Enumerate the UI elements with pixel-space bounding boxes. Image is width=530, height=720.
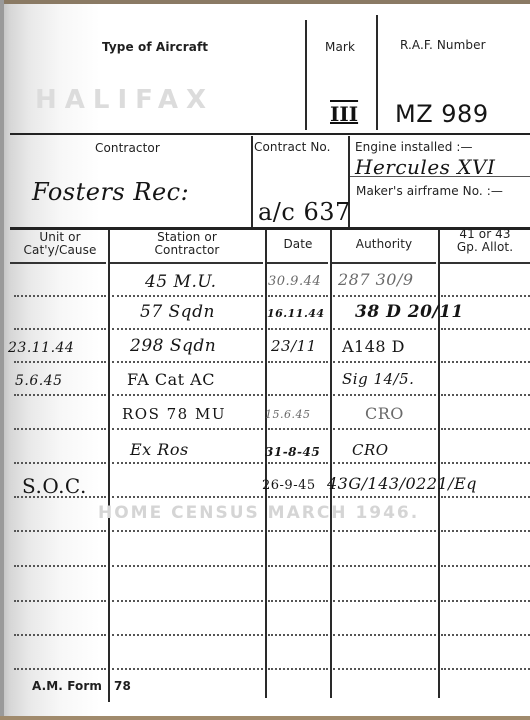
makers-airframe-label: Maker's airframe No. :— bbox=[356, 184, 503, 198]
dotted-rule bbox=[268, 530, 328, 532]
dotted-rule bbox=[441, 462, 530, 464]
dotted-rule bbox=[441, 428, 530, 430]
col-divider bbox=[438, 230, 440, 698]
dotted-rule bbox=[441, 565, 530, 567]
dotted-rule bbox=[268, 428, 328, 430]
engine-label: Engine installed :— bbox=[355, 140, 473, 154]
dotted-rule bbox=[14, 668, 106, 670]
type-of-aircraft-value: HALIFAX bbox=[35, 85, 214, 115]
cell-date: 15.6.45 bbox=[265, 408, 311, 421]
contract-no-value: a/c 637 bbox=[258, 198, 351, 226]
cell-station: 298 Sqdn bbox=[130, 336, 216, 356]
dotted-rule bbox=[333, 328, 436, 330]
bottom-border bbox=[0, 716, 530, 720]
dotted-rule bbox=[333, 600, 436, 602]
top-border bbox=[0, 0, 530, 4]
dotted-rule bbox=[14, 295, 106, 297]
dotted-rule bbox=[268, 394, 328, 396]
mark-value: III bbox=[330, 102, 358, 126]
cell-unit: S.O.C. bbox=[22, 474, 87, 498]
dotted-rule bbox=[333, 295, 436, 297]
dotted-rule bbox=[333, 565, 436, 567]
dotted-rule bbox=[112, 565, 263, 567]
cell-date: 31-8-45 bbox=[265, 445, 320, 459]
dotted-rule bbox=[441, 530, 530, 532]
dotted-rule bbox=[14, 328, 106, 330]
dotted-rule bbox=[268, 565, 328, 567]
form-number-label: A.M. Form bbox=[32, 679, 102, 693]
cell-station: Ex Ros bbox=[130, 440, 189, 459]
col-header-unit: Unit or Cat'y/Cause bbox=[14, 231, 106, 257]
cell-station: 57 Sqdn bbox=[140, 302, 215, 322]
cell-date: 26-9-45 bbox=[262, 478, 316, 493]
cell-authority: CRO bbox=[365, 404, 404, 423]
contractor-label: Contractor bbox=[95, 141, 160, 155]
census-stamp: HOME CENSUS MARCH 1946. bbox=[98, 503, 419, 523]
dotted-rule bbox=[333, 394, 436, 396]
left-border bbox=[0, 0, 4, 720]
contractor-value: Fosters Rec: bbox=[32, 178, 189, 206]
dotted-rule bbox=[112, 600, 263, 602]
col-header-station: Station or Contractor bbox=[110, 231, 264, 257]
dotted-rule bbox=[268, 668, 328, 670]
form-number-value: 78 bbox=[114, 679, 131, 693]
col-header-allot: 41 or 43 Gp. Allot. bbox=[440, 228, 530, 254]
raf-number-label: R.A.F. Number bbox=[400, 38, 486, 52]
dotted-rule bbox=[112, 462, 263, 464]
divider bbox=[305, 20, 307, 130]
header-underline bbox=[440, 262, 530, 264]
dotted-rule bbox=[268, 328, 328, 330]
contract-no-label: Contract No. bbox=[254, 140, 331, 154]
col-header-date: Date bbox=[267, 237, 329, 251]
dotted-rule bbox=[112, 295, 263, 297]
col-header-allot-line2: Gp. Allot. bbox=[440, 241, 530, 254]
dotted-rule bbox=[14, 361, 106, 363]
dotted-rule bbox=[441, 361, 530, 363]
dotted-rule bbox=[112, 496, 263, 498]
dotted-rule bbox=[333, 496, 436, 498]
dotted-rule bbox=[333, 428, 436, 430]
cell-unit: 23.11.44 bbox=[8, 340, 74, 356]
dotted-rule bbox=[333, 530, 436, 532]
dotted-rule bbox=[268, 600, 328, 602]
cell-station: ROS 78 MU bbox=[122, 405, 226, 423]
dotted-rule bbox=[441, 600, 530, 602]
cell-date: 30.9.44 bbox=[268, 274, 321, 289]
cell-authority: CRO bbox=[352, 441, 389, 459]
dotted-rule bbox=[112, 328, 263, 330]
cell-authority: 38 D 20/11 bbox=[355, 302, 464, 322]
dotted-rule bbox=[14, 565, 106, 567]
dotted-rule bbox=[333, 668, 436, 670]
dotted-rule bbox=[112, 361, 263, 363]
dotted-rule bbox=[112, 530, 263, 532]
cell-unit: 5.6.45 bbox=[15, 373, 63, 389]
col-header-authority: Authority bbox=[332, 237, 436, 251]
dotted-rule bbox=[14, 530, 106, 532]
dotted-rule bbox=[333, 462, 436, 464]
dotted-rule bbox=[14, 394, 106, 396]
col-divider bbox=[265, 230, 267, 698]
cell-date: 23/11 bbox=[271, 337, 317, 355]
dotted-rule bbox=[441, 496, 530, 498]
dotted-rule bbox=[112, 634, 263, 636]
col-header-unit-line2: Cat'y/Cause bbox=[14, 244, 106, 257]
header-underline bbox=[110, 262, 263, 264]
dotted-rule bbox=[112, 668, 263, 670]
dotted-rule bbox=[441, 394, 530, 396]
dotted-rule bbox=[14, 600, 106, 602]
mark-label: Mark bbox=[325, 40, 355, 54]
dotted-rule bbox=[441, 668, 530, 670]
col-divider bbox=[108, 230, 110, 702]
header-underline bbox=[267, 262, 328, 264]
dotted-rule bbox=[14, 634, 106, 636]
type-of-aircraft-label: Type of Aircraft bbox=[102, 40, 208, 54]
dotted-rule bbox=[14, 462, 106, 464]
cell-station: FA Cat AC bbox=[127, 370, 215, 389]
col-divider bbox=[330, 230, 332, 698]
header-rule bbox=[10, 133, 530, 135]
cell-authority: 43G/143/0221/Eq bbox=[327, 474, 477, 493]
dotted-rule bbox=[333, 634, 436, 636]
header-underline bbox=[10, 262, 106, 264]
form-page: Type of Aircraft HALIFAX Mark III R.A.F.… bbox=[0, 0, 530, 720]
dotted-rule bbox=[268, 634, 328, 636]
dotted-rule bbox=[441, 295, 530, 297]
dotted-rule bbox=[112, 394, 263, 396]
dotted-rule bbox=[333, 361, 436, 363]
cell-authority: A148 D bbox=[342, 337, 405, 356]
divider bbox=[251, 136, 253, 228]
col-header-station-line2: Contractor bbox=[110, 244, 264, 257]
dotted-rule bbox=[112, 428, 263, 430]
dotted-rule bbox=[268, 295, 328, 297]
raf-number-value: MZ 989 bbox=[395, 100, 489, 128]
cell-station: 45 M.U. bbox=[145, 272, 217, 292]
dotted-rule bbox=[268, 496, 328, 498]
cell-authority: 287 30/9 bbox=[338, 270, 414, 289]
engine-underline bbox=[350, 176, 530, 177]
dotted-rule bbox=[441, 328, 530, 330]
cell-authority: Sig 14/5. bbox=[342, 370, 414, 388]
dotted-rule bbox=[268, 462, 328, 464]
divider bbox=[376, 15, 378, 130]
dotted-rule bbox=[268, 361, 328, 363]
dotted-rule bbox=[441, 634, 530, 636]
header-underline bbox=[332, 262, 436, 264]
cell-date: 16.11.44 bbox=[267, 307, 325, 320]
dotted-rule bbox=[14, 428, 106, 430]
